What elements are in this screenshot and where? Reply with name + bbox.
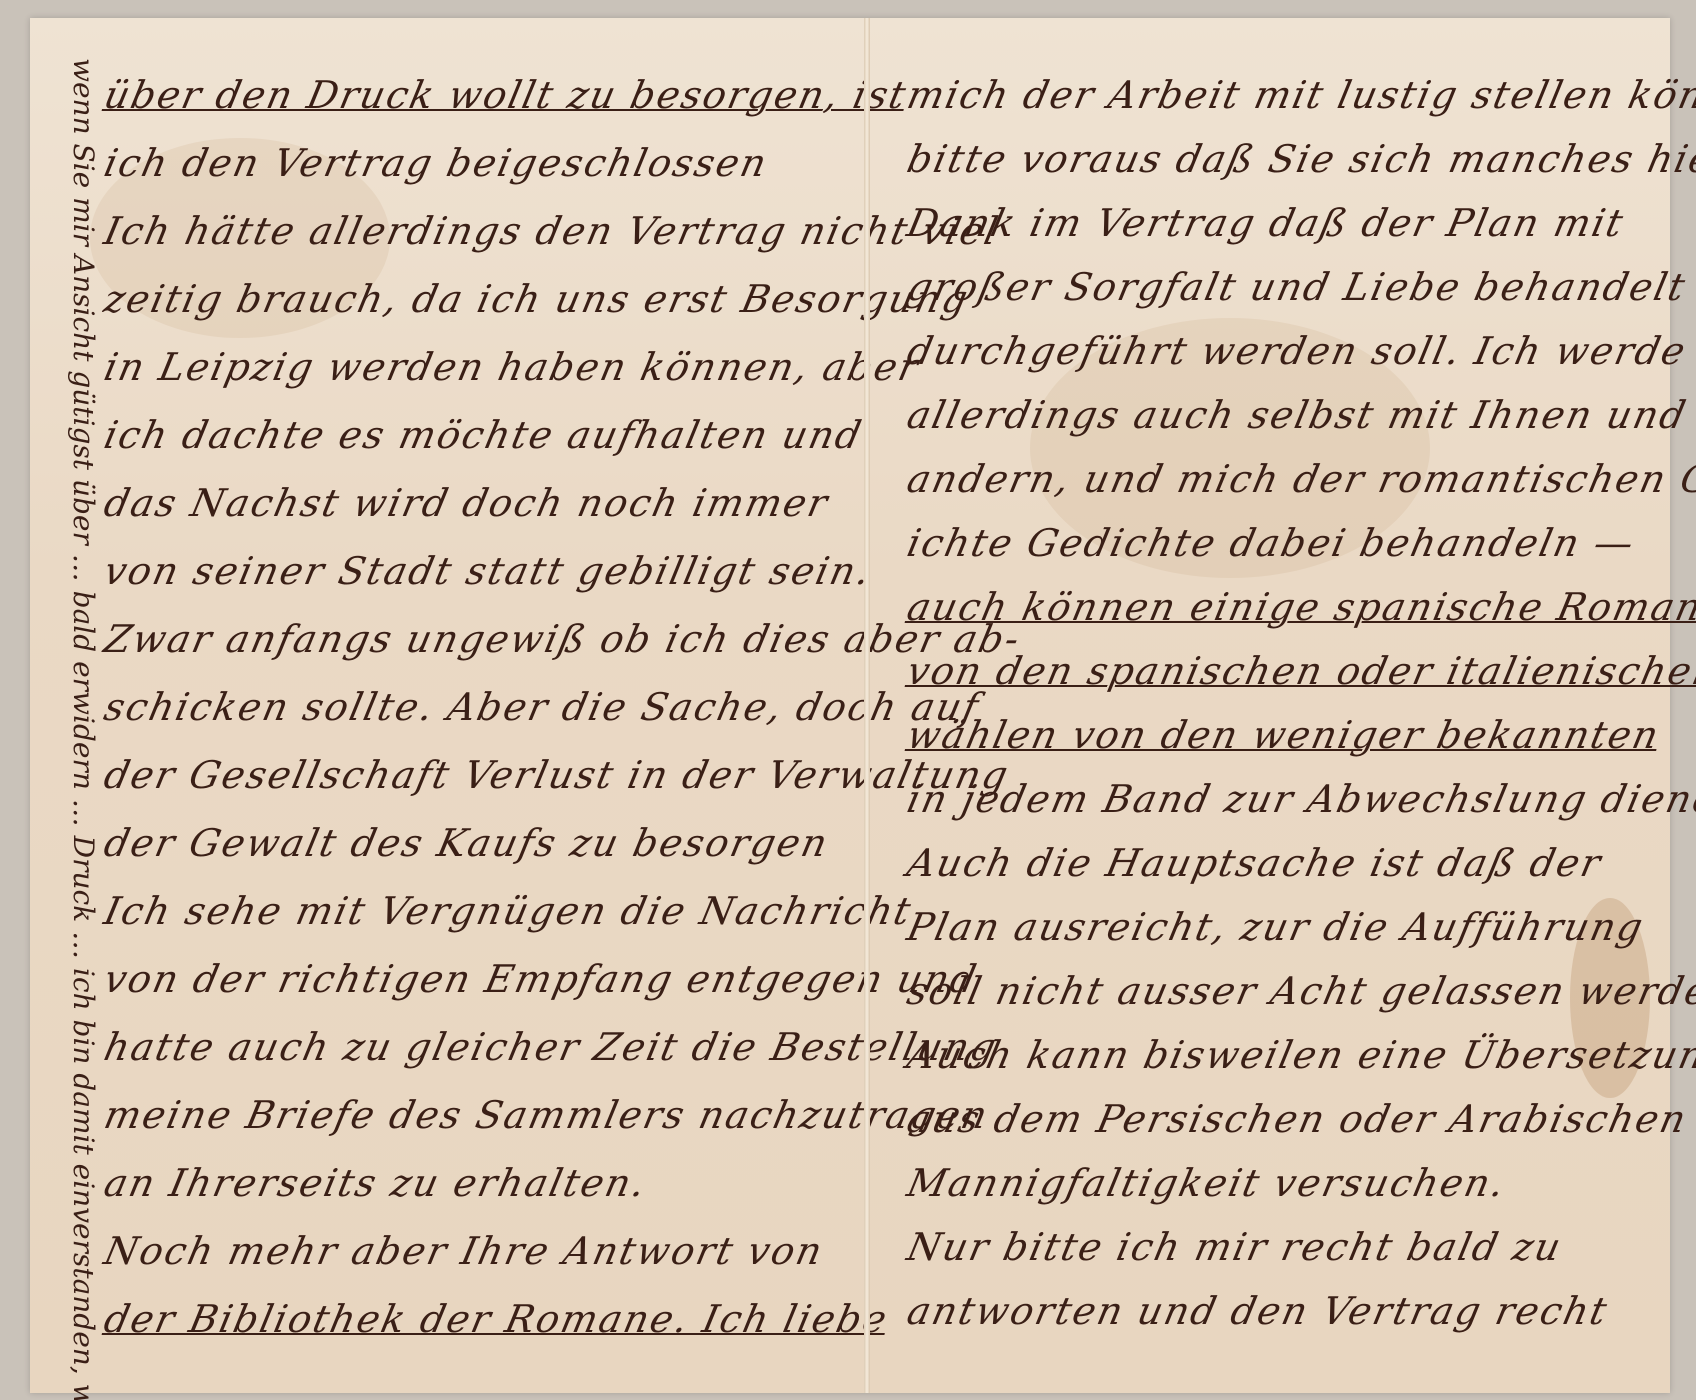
handwritten-line: ich den Vertrag beigeschlossen — [100, 141, 772, 185]
left-page: wenn Sie mir Ansicht gütigst über … bald… — [30, 18, 866, 1393]
handwritten-line: meine Briefe des Sammlers nachzutragen — [100, 1093, 993, 1137]
handwritten-line: schicken sollte. Aber die Sache, doch au… — [100, 685, 984, 729]
handwritten-line: aus dem Persischen oder Arabischen eine — [903, 1097, 1696, 1141]
handwritten-line: Auch die Hauptsache ist daß der — [903, 841, 1606, 885]
handwritten-line: in jedem Band zur Abwechslung dienen. — [903, 777, 1696, 821]
margin-note: wenn Sie mir Ansicht gütigst über … bald… — [67, 58, 100, 1378]
handwritten-line: auch können einige spanische Romane — [903, 585, 1696, 629]
handwritten-line: von den spanischen oder italienischen er… — [903, 649, 1696, 693]
handwritten-line: von seiner Stadt statt gebilligt sein. — [100, 549, 875, 593]
handwritten-line: großer Sorgfalt und Liebe behandelt und — [903, 265, 1696, 309]
handwritten-line: von der richtigen Empfang entgegen und — [100, 957, 982, 1001]
handwritten-line: Nur bitte ich mir recht bald zu — [903, 1225, 1566, 1269]
right-page: mich der Arbeit mit lustig stellen könne… — [868, 18, 1668, 1393]
handwritten-line: wählen von den weniger bekannten — [903, 713, 1664, 757]
handwritten-line: der Bibliothek der Romane. Ich liebe — [100, 1297, 892, 1341]
handwritten-line: Ich sehe mit Vergnügen die Nachricht — [100, 889, 916, 933]
handwritten-line: in Leipzig werden haben können, aber — [100, 345, 923, 389]
handwritten-line: Auch kann bisweilen eine Übersetzung — [903, 1033, 1696, 1077]
handwritten-line: andern, und mich der romantischen Gesch- — [903, 457, 1696, 501]
handwritten-line: mich der Arbeit mit lustig stellen könne… — [903, 73, 1696, 117]
handwritten-line: der Gewalt des Kaufs zu besorgen — [100, 821, 833, 865]
handwritten-line: Noch mehr aber Ihre Antwort von — [100, 1229, 827, 1273]
handwritten-line: zeitig brauch, da ich uns erst Besorgung — [100, 277, 973, 321]
handwritten-line: durchgeführt werden soll. Ich werde — [903, 329, 1691, 373]
handwritten-line: antworten und den Vertrag recht — [903, 1289, 1612, 1333]
handwritten-line: bitte voraus daß Sie sich manches hier z… — [903, 137, 1696, 181]
letter-paper: wenn Sie mir Ansicht gütigst über … bald… — [30, 18, 1670, 1393]
handwritten-line: ich dachte es möchte aufhalten und — [100, 413, 867, 457]
handwritten-line: ichte Gedichte dabei behandeln — — [903, 521, 1639, 565]
handwritten-line: allerdings auch selbst mit Ihnen und — [903, 393, 1691, 437]
handwritten-line: das Nachst wird doch noch immer — [100, 481, 833, 525]
handwritten-line: Plan ausreicht, zur die Aufführung — [903, 905, 1648, 949]
handwritten-line: an Ihrerseits zu erhalten. — [100, 1161, 651, 1205]
handwritten-line: Dank im Vertrag daß der Plan mit — [903, 201, 1628, 245]
handwritten-line: über den Druck wollt zu besorgen, ist — [100, 73, 911, 117]
handwritten-line: Mannigfaltigkeit versuchen. — [903, 1161, 1510, 1205]
handwritten-line: soll nicht ausser Acht gelassen werden — [903, 969, 1696, 1013]
